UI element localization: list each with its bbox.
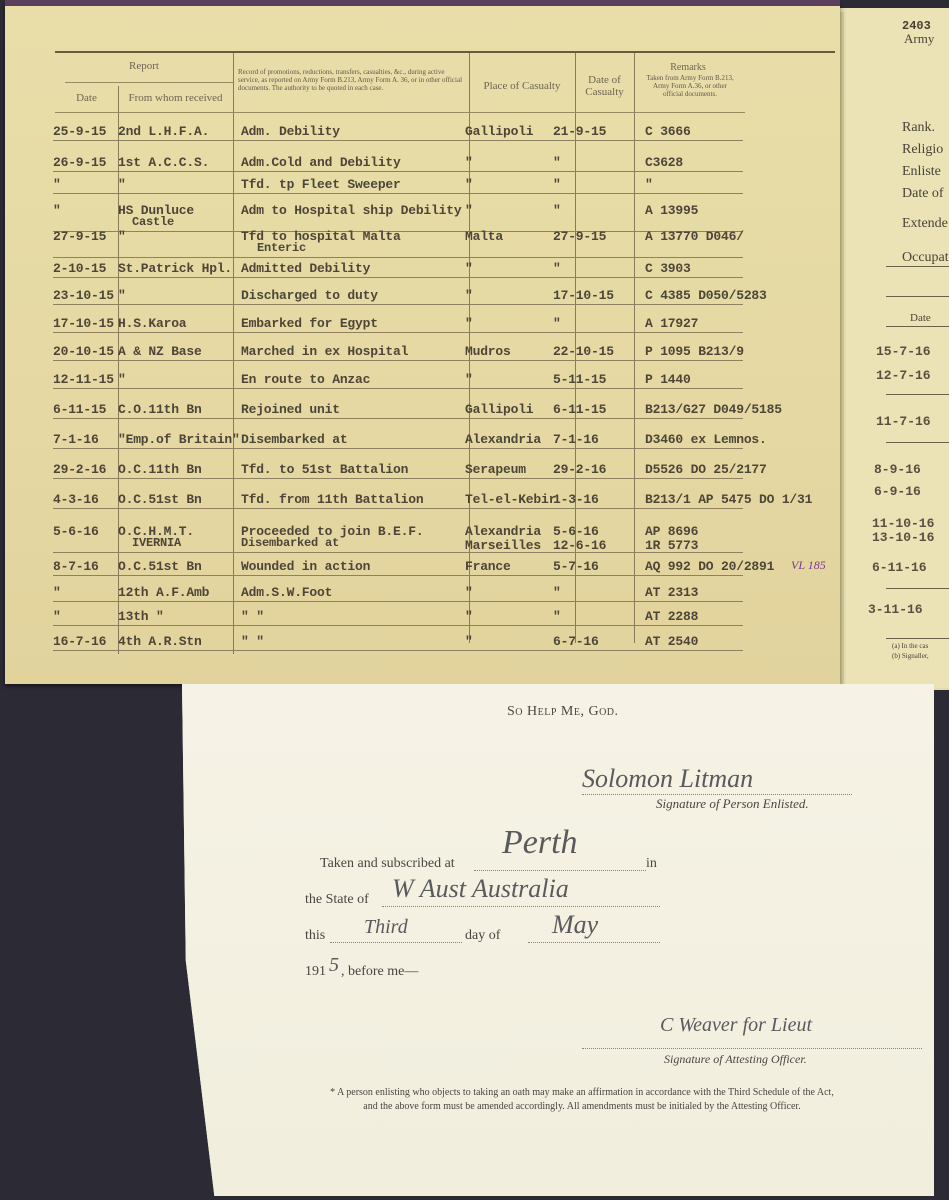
officer-signature-label: Signature of Attesting Officer. [664, 1052, 807, 1067]
month-line [528, 942, 660, 943]
report-header: Report [55, 60, 233, 72]
casualty-record-form: Report Date From whom received Record of… [5, 4, 840, 684]
row-remarks: A 17927 [645, 316, 698, 331]
row-place: Alexandria [465, 432, 541, 447]
row-date: " [53, 177, 61, 192]
row-place: " [465, 372, 473, 387]
row-from-line2: IVERNIA [132, 536, 181, 550]
card-date: 13-10-16 [872, 530, 934, 545]
row-remarks: AT 2288 [645, 609, 698, 624]
row-record: Adm to Hospital ship Debility [241, 203, 461, 218]
column-divider [634, 53, 635, 643]
row-date: " [53, 585, 61, 600]
row-record: Disembarked at [241, 432, 347, 447]
card-date: 15-7-16 [876, 344, 931, 359]
row-rule [53, 304, 743, 305]
row-record: Wounded in action [241, 559, 370, 574]
row-record: En route to Anzac [241, 372, 370, 387]
row-record: Discharged to duty [241, 288, 378, 303]
divider [886, 266, 949, 267]
row-place: Serapeum [465, 462, 526, 477]
place-handwritten: Perth [502, 824, 578, 862]
row-from: O.C.51st Bn [118, 492, 202, 507]
row-remarks: P 1095 B213/9 [645, 344, 744, 359]
row-place: Gallipoli [465, 402, 533, 417]
state-label: the State of [305, 892, 369, 908]
row-from: " [118, 288, 126, 303]
row-cdate: 22-10-15 [553, 344, 614, 359]
row-record: Adm.S.W.Foot [241, 585, 332, 600]
row-remarks: P 1440 [645, 372, 691, 387]
row-cdate: " [553, 609, 561, 624]
row-cdate: 7-1-16 [553, 432, 599, 447]
divider [886, 442, 949, 443]
attestation-page: So Help Me, God. Solomon Litman Signatur… [182, 684, 934, 1196]
row-place: Malta [465, 229, 503, 244]
row-from: O.C.11th Bn [118, 462, 202, 477]
state-handwritten: W Aust Australia [392, 874, 569, 904]
row-rule [53, 650, 743, 651]
before-me-label: , before me— [341, 964, 418, 980]
divider [886, 326, 949, 327]
row-record: " " [241, 609, 264, 624]
row-remarks: AQ 992 DO 20/2891 [645, 559, 774, 574]
row-remarks: C 3903 [645, 261, 691, 276]
card-date: 12-7-16 [876, 368, 931, 383]
row-date: 7-1-16 [53, 432, 99, 447]
affirmation-footnote: * A person enlisting who objects to taki… [282, 1086, 882, 1114]
extended-label: Extende [902, 216, 948, 232]
row-date: 27-9-15 [53, 229, 106, 244]
row-cdate: " [553, 203, 561, 218]
row-record: Adm. Debility [241, 124, 340, 139]
footnote-a: (a) In the cas [892, 642, 928, 650]
row-rule [53, 140, 743, 141]
row-date: " [53, 609, 61, 624]
row-date: 12-11-15 [53, 372, 114, 387]
row-remarks: A 13995 [645, 203, 698, 218]
row-from: H.S.Karoa [118, 316, 186, 331]
day-line [330, 942, 462, 943]
enlistment-card-right: 2403 Army Rank. Religio Enliste Date of … [846, 8, 949, 688]
row-from-line2: Castle [132, 215, 174, 229]
date-of-casualty-line2: Casualty [585, 86, 624, 98]
row-record: Tfd. tp Fleet Sweeper [241, 177, 401, 192]
row-place: Mudros [465, 344, 511, 359]
row-date: 6-11-15 [53, 402, 106, 417]
row-date: 26-9-15 [53, 155, 106, 170]
taken-subscribed-label: Taken and subscribed at [320, 856, 455, 872]
row-cdate: " [553, 316, 561, 331]
row-remarks-line2: 1R 5773 [645, 538, 698, 553]
day-handwritten: Third [364, 916, 408, 939]
row-from: 2nd L.H.F.A. [118, 124, 209, 139]
row-date: 25-9-15 [53, 124, 106, 139]
row-record: Tfd. from 11th Battalion [241, 492, 423, 507]
footnote-b: (b) Signaller, [892, 652, 929, 660]
row-cdate: 21-9-15 [553, 124, 606, 139]
row-cdate: 27-9-15 [553, 229, 606, 244]
from-whom-header: From whom received [118, 92, 233, 104]
place-header: Place of Casualty [469, 80, 575, 92]
row-date: " [53, 203, 61, 218]
row-rule [53, 552, 743, 553]
remarks-subheader: Taken from Army Form B.213, Army Form A.… [645, 74, 735, 98]
row-date: 23-10-15 [53, 288, 114, 303]
row-remarks: C 3666 [645, 124, 691, 139]
row-from: "Emp.of Britain" [118, 432, 240, 447]
occupation-label: Occupat [902, 250, 949, 266]
header-divider [65, 82, 233, 83]
row-rule [53, 171, 743, 172]
row-record: " " [241, 634, 264, 649]
signature-line [582, 794, 852, 795]
row-rule [53, 418, 743, 419]
in-label: in [646, 856, 657, 872]
enlisted-label: Enliste [902, 164, 941, 180]
row-rule [53, 360, 743, 361]
card-date: 11-10-16 [872, 516, 934, 531]
row-rule [53, 277, 743, 278]
person-signature: Solomon Litman [582, 764, 753, 794]
row-date: 29-2-16 [53, 462, 106, 477]
card-date: 8-9-16 [874, 462, 921, 477]
row-rule [53, 625, 743, 626]
day-of-label: day of [465, 928, 500, 944]
row-place: Tel-el-Kebir [465, 492, 556, 507]
row-remarks: D3460 ex Lemnos. [645, 432, 767, 447]
rank-label: Rank. [902, 120, 935, 136]
column-divider [233, 53, 234, 654]
row-remarks: AT 2313 [645, 585, 698, 600]
row-record: Rejoined unit [241, 402, 340, 417]
date-column-header: Date [910, 312, 931, 324]
row-cdate: 5-7-16 [553, 559, 599, 574]
row-from: St.Patrick Hpl. [118, 261, 232, 276]
remarks-header: Remarks [640, 62, 736, 73]
row-cdate: " [553, 177, 561, 192]
row-place: " [465, 316, 473, 331]
row-place: " [465, 288, 473, 303]
row-record-line2: Disembarked at [241, 536, 339, 550]
year-digit-handwritten: 5 [329, 954, 339, 977]
row-place: Alexandria [465, 524, 541, 539]
row-from: " [118, 229, 126, 244]
row-cdate: 6-7-16 [553, 634, 599, 649]
row-remarks: B213/1 AP 5475 DO 1/31 [645, 492, 812, 507]
divider [886, 296, 949, 297]
row-cdate: 17-10-15 [553, 288, 614, 303]
header-rule [55, 51, 835, 53]
state-line [382, 906, 660, 907]
row-remarks: AP 8696 [645, 524, 698, 539]
row-rule [53, 257, 743, 258]
this-label: this [305, 928, 325, 944]
row-remarks: D5526 DO 25/2177 [645, 462, 767, 477]
row-cdate-line2: 12-6-16 [553, 538, 606, 553]
row-record: Admitted Debility [241, 261, 370, 276]
army-label: Army [904, 31, 934, 47]
row-remarks: C 4385 D050/5283 [645, 288, 767, 303]
row-place: " [465, 634, 473, 649]
row-record: Adm.Cold and Debility [241, 155, 401, 170]
row-rule [53, 388, 743, 389]
header-bottom-rule [55, 112, 745, 113]
officer-signature-line [582, 1048, 922, 1049]
footnote-line-1: * A person enlisting who objects to taki… [330, 1087, 834, 1098]
date-of-casualty-line1: Date of [588, 74, 621, 86]
row-date: 5-6-16 [53, 524, 99, 539]
row-rule [53, 448, 743, 449]
row-cdate: 6-11-15 [553, 402, 606, 417]
divider [886, 394, 949, 395]
row-place: " [465, 609, 473, 624]
row-remarks: AT 2540 [645, 634, 698, 649]
footnote-line-2: and the above form must be amended accor… [363, 1101, 800, 1112]
row-from: " [118, 372, 126, 387]
row-rule [53, 478, 743, 479]
row-remarks: A 13770 D046/ [645, 229, 744, 244]
record-header: Record of promotions, reductions, transf… [238, 68, 464, 92]
row-cdate: 5-11-15 [553, 372, 606, 387]
row-from: " [118, 177, 126, 192]
card-date: 3-11-16 [868, 602, 923, 617]
row-cdate: 29-2-16 [553, 462, 606, 477]
row-place: " [465, 203, 473, 218]
row-date: 20-10-15 [53, 344, 114, 359]
date-of-casualty-header: Date of Casualty [575, 74, 634, 98]
row-place: France [465, 559, 511, 574]
row-date: 2-10-15 [53, 261, 106, 276]
row-place: " [465, 155, 473, 170]
row-cdate: " [553, 585, 561, 600]
row-from: 4th A.R.Stn [118, 634, 202, 649]
divider [886, 588, 949, 589]
place-line [474, 870, 646, 871]
row-record-line2: Enteric [257, 241, 306, 255]
row-rule [53, 508, 743, 509]
row-from: A & NZ Base [118, 344, 202, 359]
row-from: 12th A.F.Amb [118, 585, 209, 600]
row-from: 13th " [118, 609, 164, 624]
row-from: C.O.11th Bn [118, 402, 202, 417]
row-date: 8-7-16 [53, 559, 99, 574]
row-rule [53, 193, 743, 194]
row-remarks: C3628 [645, 155, 683, 170]
oath-closing: So Help Me, God. [507, 704, 619, 720]
card-date: 11-7-16 [876, 414, 931, 429]
row-cdate: 1-3-16 [553, 492, 599, 507]
row-date: 4-3-16 [53, 492, 99, 507]
row-cdate: " [553, 155, 561, 170]
row-remarks: B213/G27 D049/5185 [645, 402, 782, 417]
officer-signature: C Weaver for Lieut [660, 1014, 812, 1037]
date-header: Date [55, 92, 118, 104]
row-record: Marched in ex Hospital [241, 344, 408, 359]
row-place: " [465, 261, 473, 276]
card-date: 6-9-16 [874, 484, 921, 499]
row-remarks: " [645, 177, 653, 192]
handwritten-annotation: VL 185 [791, 558, 826, 573]
person-signature-label: Signature of Person Enlisted. [656, 796, 809, 812]
row-place-line2: Marseilles [465, 538, 541, 553]
row-date: 17-10-15 [53, 316, 114, 331]
row-place: " [465, 177, 473, 192]
religion-label: Religio [902, 142, 943, 158]
row-record: Embarked for Egypt [241, 316, 378, 331]
row-cdate: " [553, 261, 561, 276]
month-handwritten: May [552, 910, 598, 940]
row-record: Tfd. to 51st Battalion [241, 462, 408, 477]
divider [886, 638, 949, 639]
row-from: O.C.51st Bn [118, 559, 202, 574]
year-prefix: 191 [305, 964, 326, 980]
row-rule [53, 601, 743, 602]
card-date: 6-11-16 [872, 560, 927, 575]
row-rule [53, 575, 743, 576]
row-date: 16-7-16 [53, 634, 106, 649]
row-place: Gallipoli [465, 124, 533, 139]
date-of-label: Date of [902, 186, 944, 202]
row-cdate: 5-6-16 [553, 524, 599, 539]
row-from: 1st A.C.C.S. [118, 155, 209, 170]
row-place: " [465, 585, 473, 600]
row-rule [53, 332, 743, 333]
